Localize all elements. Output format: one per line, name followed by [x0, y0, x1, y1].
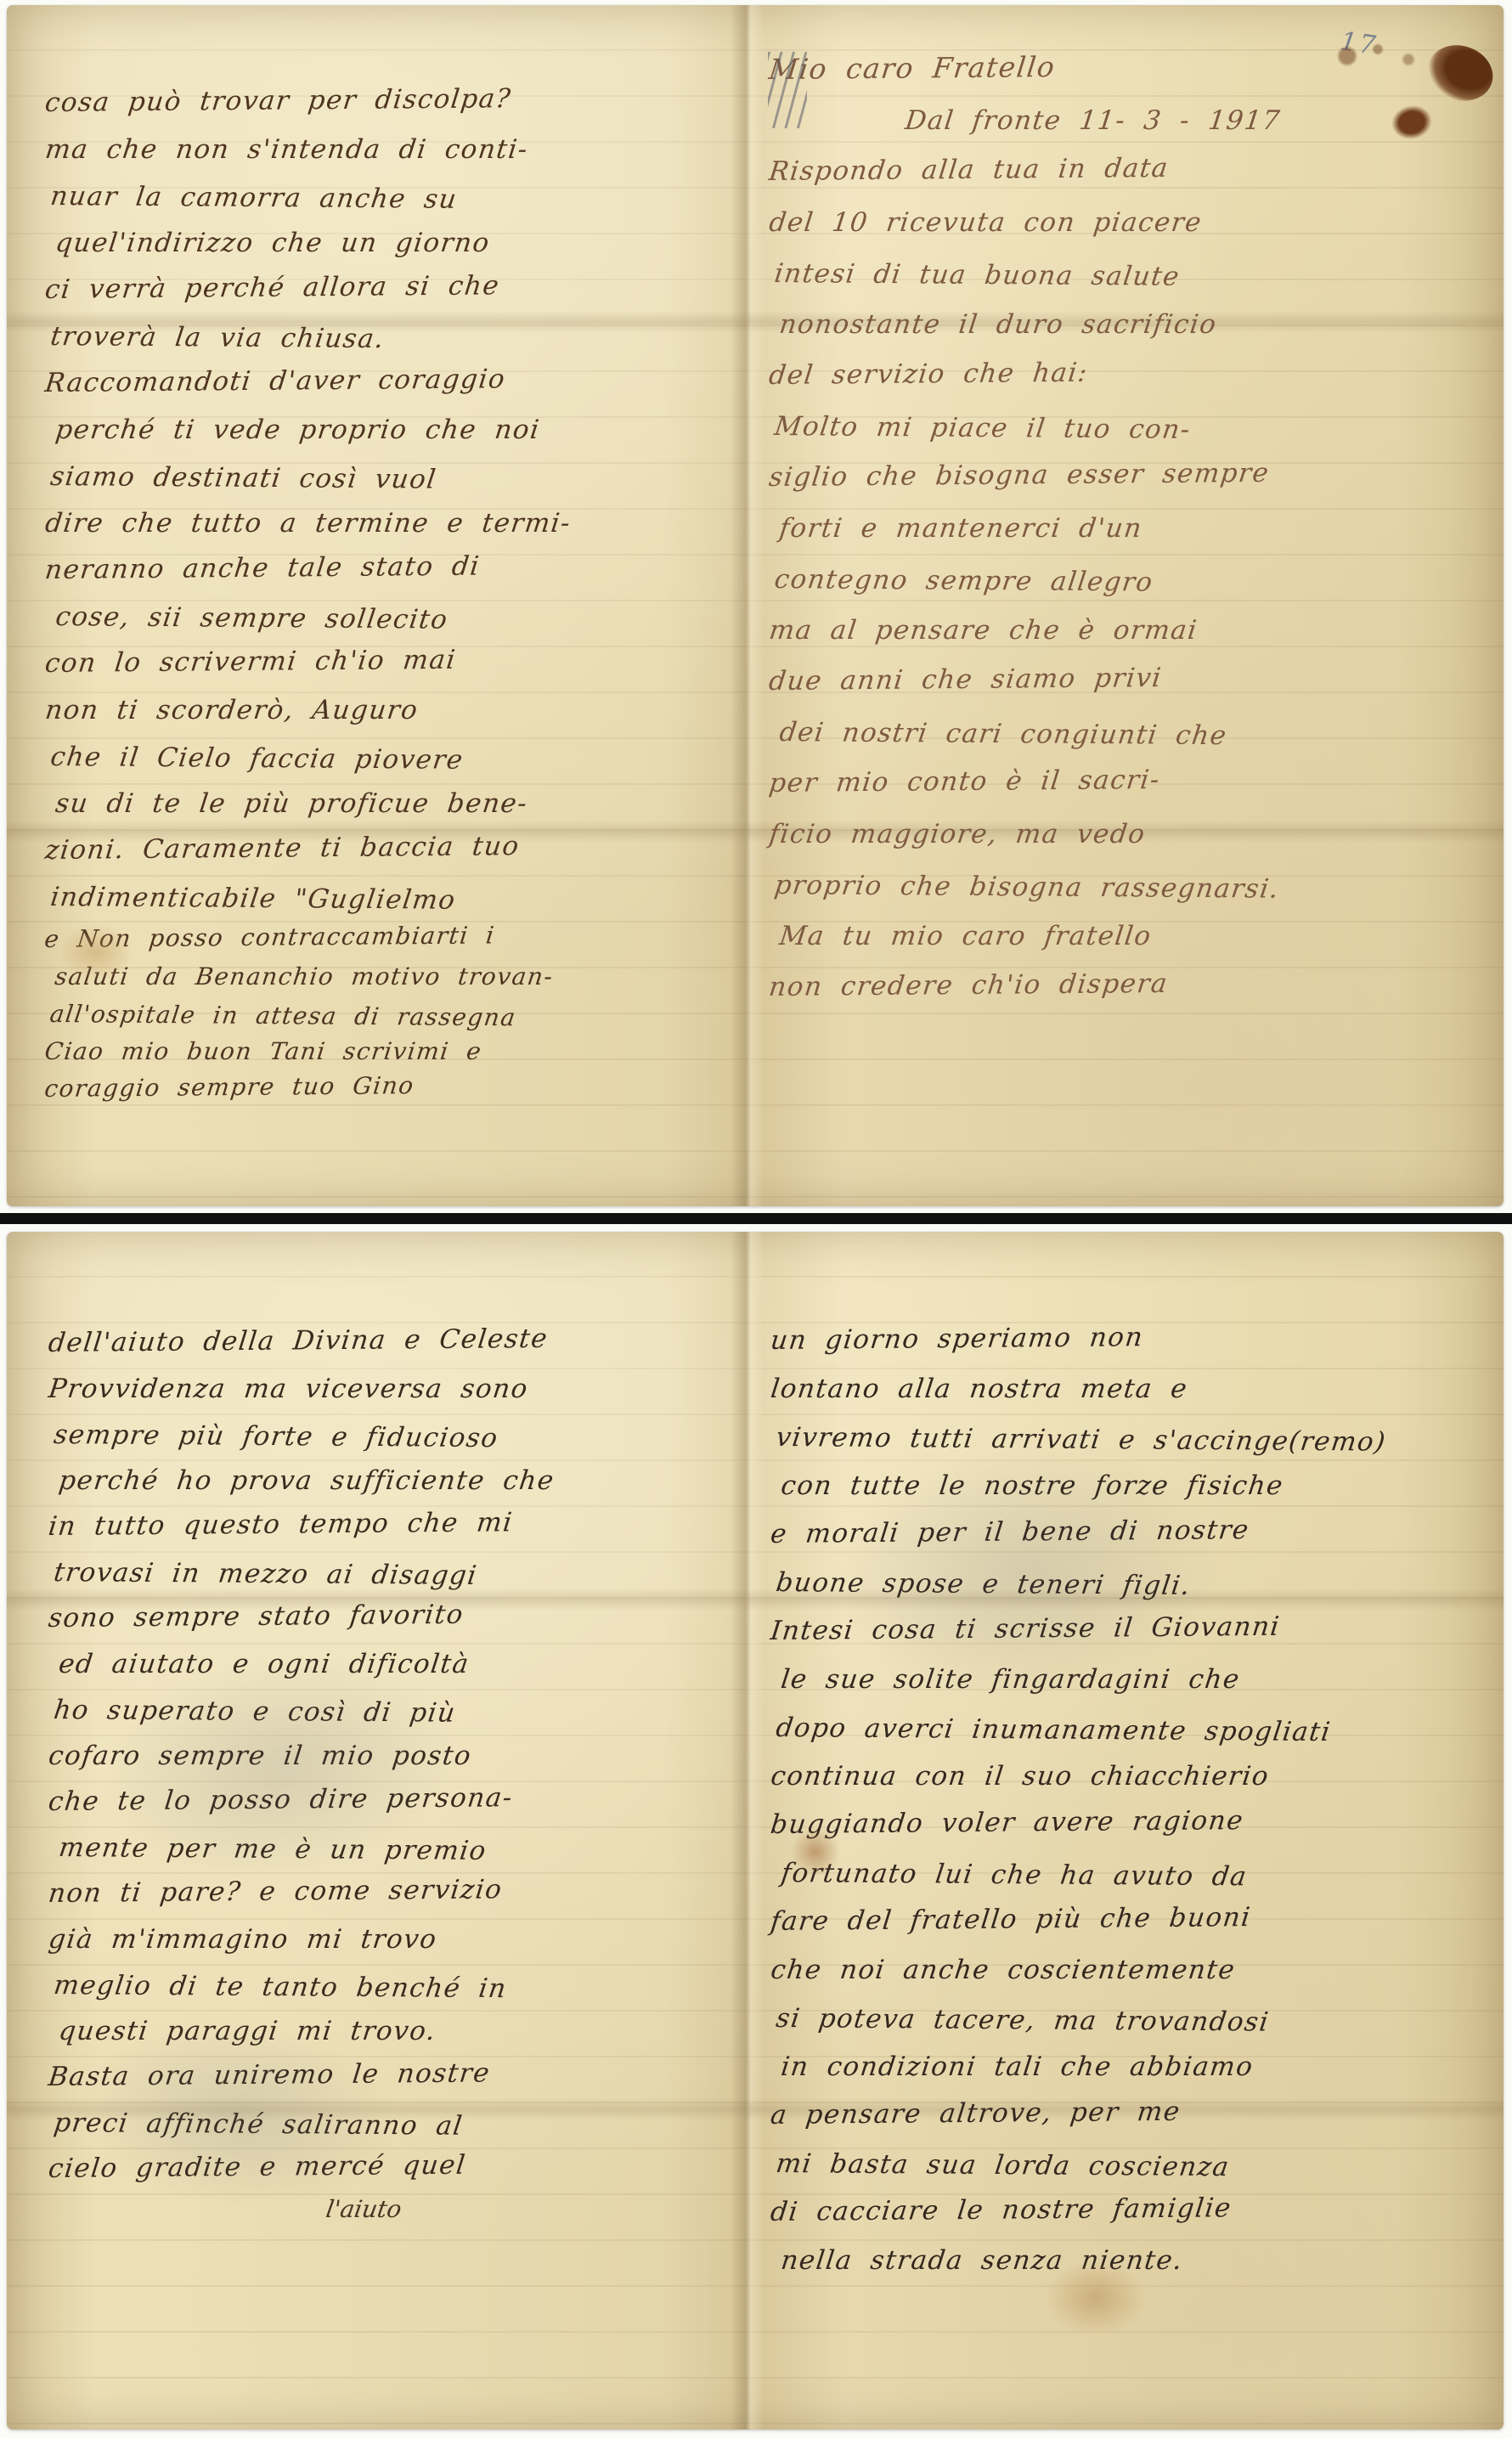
handwritten-line: un giorno speriamo non: [768, 1311, 1496, 1365]
handwritten-line: nuar la camorra anche su: [48, 173, 736, 225]
page-top-left: cosa può trovar per discolpa?ma che non …: [42, 80, 731, 1108]
handwritten-line: ma al pensare che è ormai: [766, 605, 1494, 656]
handwritten-line: quel'indirizzo che un giorno: [53, 220, 736, 267]
handwritten-line: proprio che bisogna rassegnarsi.: [771, 860, 1494, 917]
sheet-top: cosa può trovar per discolpa?ma che non …: [7, 5, 1504, 1206]
handwritten-line: che te lo posso dire persona-: [46, 1773, 740, 1825]
dateline: Dal fronte 11- 3 - 1917: [902, 95, 1494, 146]
handwritten-line: e morali per il bene di nostre: [768, 1504, 1496, 1559]
handwritten-line: non ti pare? e come servizio: [46, 1865, 740, 1916]
handwritten-line: saluti da Benanchio motivo trovan-: [53, 958, 735, 996]
handwritten-line: di cacciare le nostre famiglie: [768, 2182, 1496, 2237]
handwritten-line: che noi anche coscientemente: [768, 1946, 1496, 1995]
handwritten-line: Intesi cosa ti scrisse il Giovanni: [768, 1601, 1496, 1656]
handwritten-line: buggiando voler avere ragione: [768, 1795, 1496, 1849]
handwritten-line: Rispondo alla tua in data: [766, 140, 1495, 197]
handwritten-line: si poteva tacere, ma trovandosi: [773, 1995, 1496, 2049]
handwritten-line: all'ospitale in attesa di rassegna: [48, 996, 735, 1038]
handwritten-line: coraggio sempre tuo Gino: [42, 1064, 736, 1108]
handwritten-line: Raccomandoti d'aver coraggio: [42, 354, 736, 407]
handwritten-line: per mio conto è il sacri-: [766, 752, 1495, 809]
handwritten-line: neranno anche tale stato di: [42, 541, 736, 594]
handwritten-line: nella strada senza niente.: [778, 2237, 1496, 2285]
handwritten-line: questi paraggi mi trovo.: [56, 2008, 740, 2054]
handwritten-line: Provvidenza ma viceversa sono: [46, 1366, 740, 1412]
handwritten-line: con lo scrivermi ch'io mai: [42, 635, 736, 687]
page-top-right: Mio caro Fratello Dal fronte 11- 3 - 191…: [766, 44, 1488, 1013]
handwritten-line: nonostante il duro sacrificio: [776, 299, 1494, 350]
handwritten-line: fare del fratello più che buoni: [768, 1892, 1496, 1946]
vertical-fold-crease: [731, 5, 764, 1206]
handwritten-line: meglio di te tanto benché in: [51, 1962, 739, 2013]
handwritten-line: siglio che bisogna esser sempre: [766, 446, 1495, 503]
handwritten-line: forti e mantenerci d'un: [776, 503, 1494, 554]
pencil-page-number: 17: [1339, 26, 1380, 61]
catchword: l'aiuto: [323, 2187, 738, 2232]
handwritten-line: sono sempre stato favorito: [46, 1589, 740, 1641]
handwritten-line: cofaro sempre il mio posto: [46, 1733, 740, 1779]
handwritten-line: ma che non s'intenda di conti-: [42, 127, 736, 173]
handwritten-line: ed aiutato e ogni dificoltà: [56, 1641, 740, 1687]
handwritten-line: in tutto questo tempo che mi: [46, 1498, 740, 1549]
handwritten-line: dell'aiuto della Divina e Celeste: [46, 1314, 740, 1366]
handwritten-line: ci verrà perché allora si che: [42, 261, 736, 313]
letter-scan: cosa può trovar per discolpa?ma che non …: [0, 0, 1512, 2438]
handwritten-line: in condizioni tali che abbiamo: [778, 2043, 1496, 2091]
handwritten-line: lontano alla nostra meta e: [768, 1365, 1496, 1414]
page-body-text: dell'aiuto della Divina e CelesteProvvid…: [46, 1320, 734, 2192]
handwritten-line: a pensare altrove, per me: [768, 2085, 1496, 2140]
handwritten-line: non credere ch'io dispera: [766, 956, 1495, 1013]
handwritten-line: cielo gradite e mercé quel: [46, 2140, 740, 2192]
page-bottom-right: un giorno speriamo nonlontano alla nostr…: [768, 1317, 1490, 2285]
handwritten-line: con tutte le nostre forze fisiche: [778, 1462, 1496, 1510]
handwritten-line: intesi di tua buona salute: [771, 248, 1494, 305]
sheet-bottom: dell'aiuto della Divina e CelesteProvvid…: [7, 1232, 1504, 2430]
handwritten-line: perché ti vede proprio che noi: [53, 407, 736, 454]
handwritten-line: perché ho prova sufficiente che: [56, 1458, 740, 1504]
handwritten-line: non ti scorderò, Auguro: [42, 687, 736, 734]
page-bottom-left: dell'aiuto della Divina e CelesteProvvid…: [46, 1320, 734, 2232]
scan-divider-bar: [0, 1213, 1512, 1224]
handwritten-line: del servizio che hai:: [766, 344, 1495, 401]
page-body-text: Rispondo alla tua in datadel 10 ricevuta…: [766, 146, 1488, 1013]
handwritten-line: su di te le più proficue bene-: [53, 781, 736, 827]
handwritten-line: cosa può trovar per discolpa?: [42, 74, 736, 127]
handwritten-line: le sue solite fingardagini che: [778, 1656, 1496, 1704]
salutation: Mio caro Fratello: [766, 38, 1495, 95]
handwritten-line: contegno sempre allegro: [771, 554, 1494, 611]
handwritten-line: sempre più forte e fiducioso: [51, 1412, 739, 1463]
handwritten-line: siamo destinati così vuol: [48, 454, 736, 505]
handwritten-line: due anni che siamo privi: [766, 650, 1495, 707]
handwritten-line: dopo averci inumanamente spogliati: [773, 1704, 1496, 1758]
handwritten-line: del 10 ricevuta con piacere: [766, 197, 1494, 248]
handwritten-line: che il Cielo faccia piovere: [48, 734, 736, 786]
handwritten-line: ficio maggiore, ma vedo: [766, 809, 1494, 860]
handwritten-line: e Non posso contraccambiarti i: [42, 915, 736, 958]
handwritten-line: dire che tutto a termine e termi-: [42, 500, 736, 547]
handwritten-line: già m'immagino mi trovo: [46, 1916, 740, 1962]
handwritten-line: Basta ora uniremo le nostre: [46, 2048, 740, 2100]
handwritten-line: continua con il suo chiacchierio: [768, 1752, 1496, 1801]
handwritten-line: zioni. Caramente ti baccia tuo: [42, 821, 736, 874]
handwritten-line: Ma tu mio caro fratello: [776, 911, 1494, 962]
handwritten-line: ho superato e così di più: [51, 1687, 739, 1738]
handwritten-line: vivremo tutti arrivati e s'accinge(remo): [773, 1414, 1496, 1468]
